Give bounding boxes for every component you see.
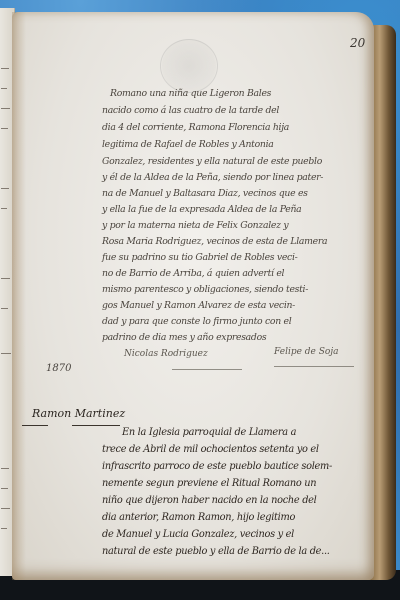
entry2-line: niño que dijeron haber nacido en la noch… bbox=[102, 495, 317, 506]
entry1-line: dad y para que conste lo firmo junto con… bbox=[102, 316, 291, 327]
entry1-line: gos Manuel y Ramon Alvarez de esta vecin… bbox=[102, 300, 295, 311]
entry1-line: y por la materna nieta de Felix Gonzalez… bbox=[102, 220, 288, 231]
entry2-line: infrascrito parroco de este pueblo bauti… bbox=[102, 461, 332, 472]
entry1-line: y él de la Aldea de la Peña, siendo por … bbox=[102, 172, 323, 183]
entry1-line: padrino de dia mes y año expresados bbox=[102, 332, 266, 343]
entry2-line: nemente segun previene el Ritual Romano … bbox=[102, 478, 316, 489]
margin-year: 1870 bbox=[46, 363, 71, 374]
page-number: 20 bbox=[350, 36, 365, 50]
register-page: 20 Romano una niña que Ligeron Bales nac… bbox=[12, 12, 374, 580]
entry1-line: no de Barrio de Arriba, á quien advertí … bbox=[102, 268, 284, 279]
margin-name-underline bbox=[72, 425, 120, 426]
entry2-line: trece de Abril de mil ochocientos setent… bbox=[102, 444, 319, 455]
entry2-line: En la Iglesia parroquial de Llamera a bbox=[122, 427, 296, 438]
entry1-line: fue su padrino su tio Gabriel de Robles … bbox=[102, 252, 297, 263]
margin-child-name: Ramon Martinez bbox=[32, 407, 125, 420]
embossed-seal-icon bbox=[160, 39, 218, 93]
entry1-line: y ella la fue de la expresada Aldea de l… bbox=[102, 204, 301, 215]
entry1-line: Romano una niña que Ligeron Bales bbox=[110, 88, 271, 99]
signature-flourish bbox=[172, 369, 242, 370]
signature-godfather: Felipe de Soja bbox=[274, 347, 338, 357]
entry1-line: nacido como á las cuatro de la tarde del bbox=[102, 105, 279, 116]
entry1-line: Rosa Maria Rodriguez, vecinos de esta de… bbox=[102, 236, 327, 247]
entry1-line: na de Manuel y Baltasara Diaz, vecinos q… bbox=[102, 188, 308, 199]
entry1-line: Gonzalez, residentes y ella natural de e… bbox=[102, 156, 322, 167]
entry1-line: legitima de Rafael de Robles y Antonia bbox=[102, 139, 274, 150]
margin-name-underline bbox=[22, 425, 48, 426]
entry2-line: de Manuel y Lucia Gonzalez, vecinos y el bbox=[102, 529, 294, 540]
entry2-line: dia anterior, Ramon Ramon, hijo legitimo bbox=[102, 512, 295, 523]
signature-priest: Nicolas Rodriguez bbox=[124, 349, 208, 359]
entry2-line: natural de este pueblo y ella de Barrio … bbox=[102, 546, 330, 557]
entry1-line: dia 4 del corriente, Ramona Florencia hi… bbox=[102, 122, 289, 133]
signature-flourish bbox=[274, 366, 354, 367]
entry1-line: mismo parentesco y obligaciones, siendo … bbox=[102, 284, 308, 295]
